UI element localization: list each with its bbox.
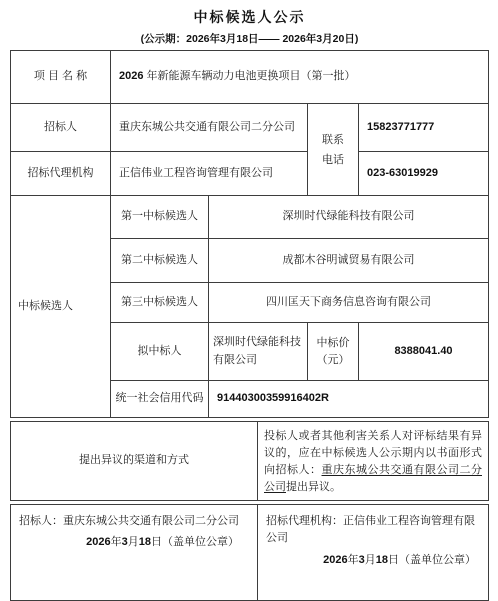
project-row: 项 目 名 称 2026 年新能源车辆动力电池更换项目（第一批） xyxy=(11,51,489,104)
candidates-label: 中标候选人 xyxy=(11,196,111,418)
agency-value: 正信伟业工程咨询管理有限公司 xyxy=(111,152,308,196)
agency-phone: 023-63019929 xyxy=(359,152,489,196)
tenderer-signature-cell: 招标人：重庆东城公共交通有限公司二分公司 2026年3月18日（盖单位公章） xyxy=(11,505,258,601)
publicity-period: (公示期：2026年3月18日—— 2026年3月20日) xyxy=(10,33,489,46)
candidate-3-value: 四川匡天下商务信息咨询有限公司 xyxy=(209,283,489,323)
objection-text-after: 提出异议。 xyxy=(286,481,341,493)
tenderer-label: 招标人 xyxy=(11,104,111,152)
page-title: 中标候选人公示 xyxy=(10,8,489,27)
proposed-winner-label: 拟中标人 xyxy=(111,323,209,381)
agency-row: 招标代理机构 正信伟业工程咨询管理有限公司 023-63019929 xyxy=(11,152,489,196)
project-name-label: 项 目 名 称 xyxy=(11,51,111,104)
tenderer-signature-line: 招标人：重庆东城公共交通有限公司二分公司 xyxy=(19,513,249,530)
agency-signature-cell: 招标代理机构：正信伟业工程咨询管理有限公司 2026年3月18日（盖单位公章） xyxy=(258,505,489,601)
tenderer-value: 重庆东城公共交通有限公司二分公司 xyxy=(111,104,308,152)
agency-label: 招标代理机构 xyxy=(11,152,111,196)
objection-row: 提出异议的渠道和方式 投标人或者其他利害关系人对评标结果有异议的，应在中标候选人… xyxy=(11,422,489,501)
objection-table: 提出异议的渠道和方式 投标人或者其他利害关系人对评标结果有异议的，应在中标候选人… xyxy=(10,421,489,501)
objection-label: 提出异议的渠道和方式 xyxy=(11,422,258,501)
credit-code-value: 91440300359916402R xyxy=(209,381,489,418)
tenderer-phone: 15823771777 xyxy=(359,104,489,152)
signature-row: 招标人：重庆东城公共交通有限公司二分公司 2026年3月18日（盖单位公章） 招… xyxy=(11,505,489,601)
project-name-value: 2026 年新能源车辆动力电池更换项目（第一批） xyxy=(111,51,489,104)
objection-text: 投标人或者其他利害关系人对评标结果有异议的，应在中标候选人公示期内以书面形式向招… xyxy=(258,422,489,501)
candidate-2-label: 第二中标候选人 xyxy=(111,239,209,283)
candidate-1-label: 第一中标候选人 xyxy=(111,196,209,239)
signature-table: 招标人：重庆东城公共交通有限公司二分公司 2026年3月18日（盖单位公章） 招… xyxy=(10,504,489,601)
winning-price-label: 中标价（元） xyxy=(308,323,359,381)
tenderer-row: 招标人 重庆东城公共交通有限公司二分公司 联系电话 15823771777 xyxy=(11,104,489,152)
announcement-page: 中标候选人公示 (公示期：2026年3月18日—— 2026年3月20日) 项 … xyxy=(0,0,498,594)
candidate-2-value: 成都木谷明诚贸易有限公司 xyxy=(209,239,489,283)
candidate-1-value: 深圳时代绿能科技有限公司 xyxy=(209,196,489,239)
credit-code-label: 统一社会信用代码 xyxy=(111,381,209,418)
candidate-row-1: 中标候选人 第一中标候选人 深圳时代绿能科技有限公司 xyxy=(11,196,489,239)
proposed-winner-value: 深圳时代绿能科技有限公司 xyxy=(209,323,308,381)
main-table: 项 目 名 称 2026 年新能源车辆动力电池更换项目（第一批） 招标人 重庆东… xyxy=(10,50,489,418)
contact-phone-label: 联系电话 xyxy=(308,104,359,196)
agency-signature-date: 2026年3月18日（盖单位公章） xyxy=(266,552,480,569)
tenderer-signature-date: 2026年3月18日（盖单位公章） xyxy=(19,534,249,551)
candidate-3-label: 第三中标候选人 xyxy=(111,283,209,323)
winning-price-value: 8388041.40 xyxy=(359,323,489,381)
agency-signature-line: 招标代理机构：正信伟业工程咨询管理有限公司 xyxy=(266,513,480,547)
